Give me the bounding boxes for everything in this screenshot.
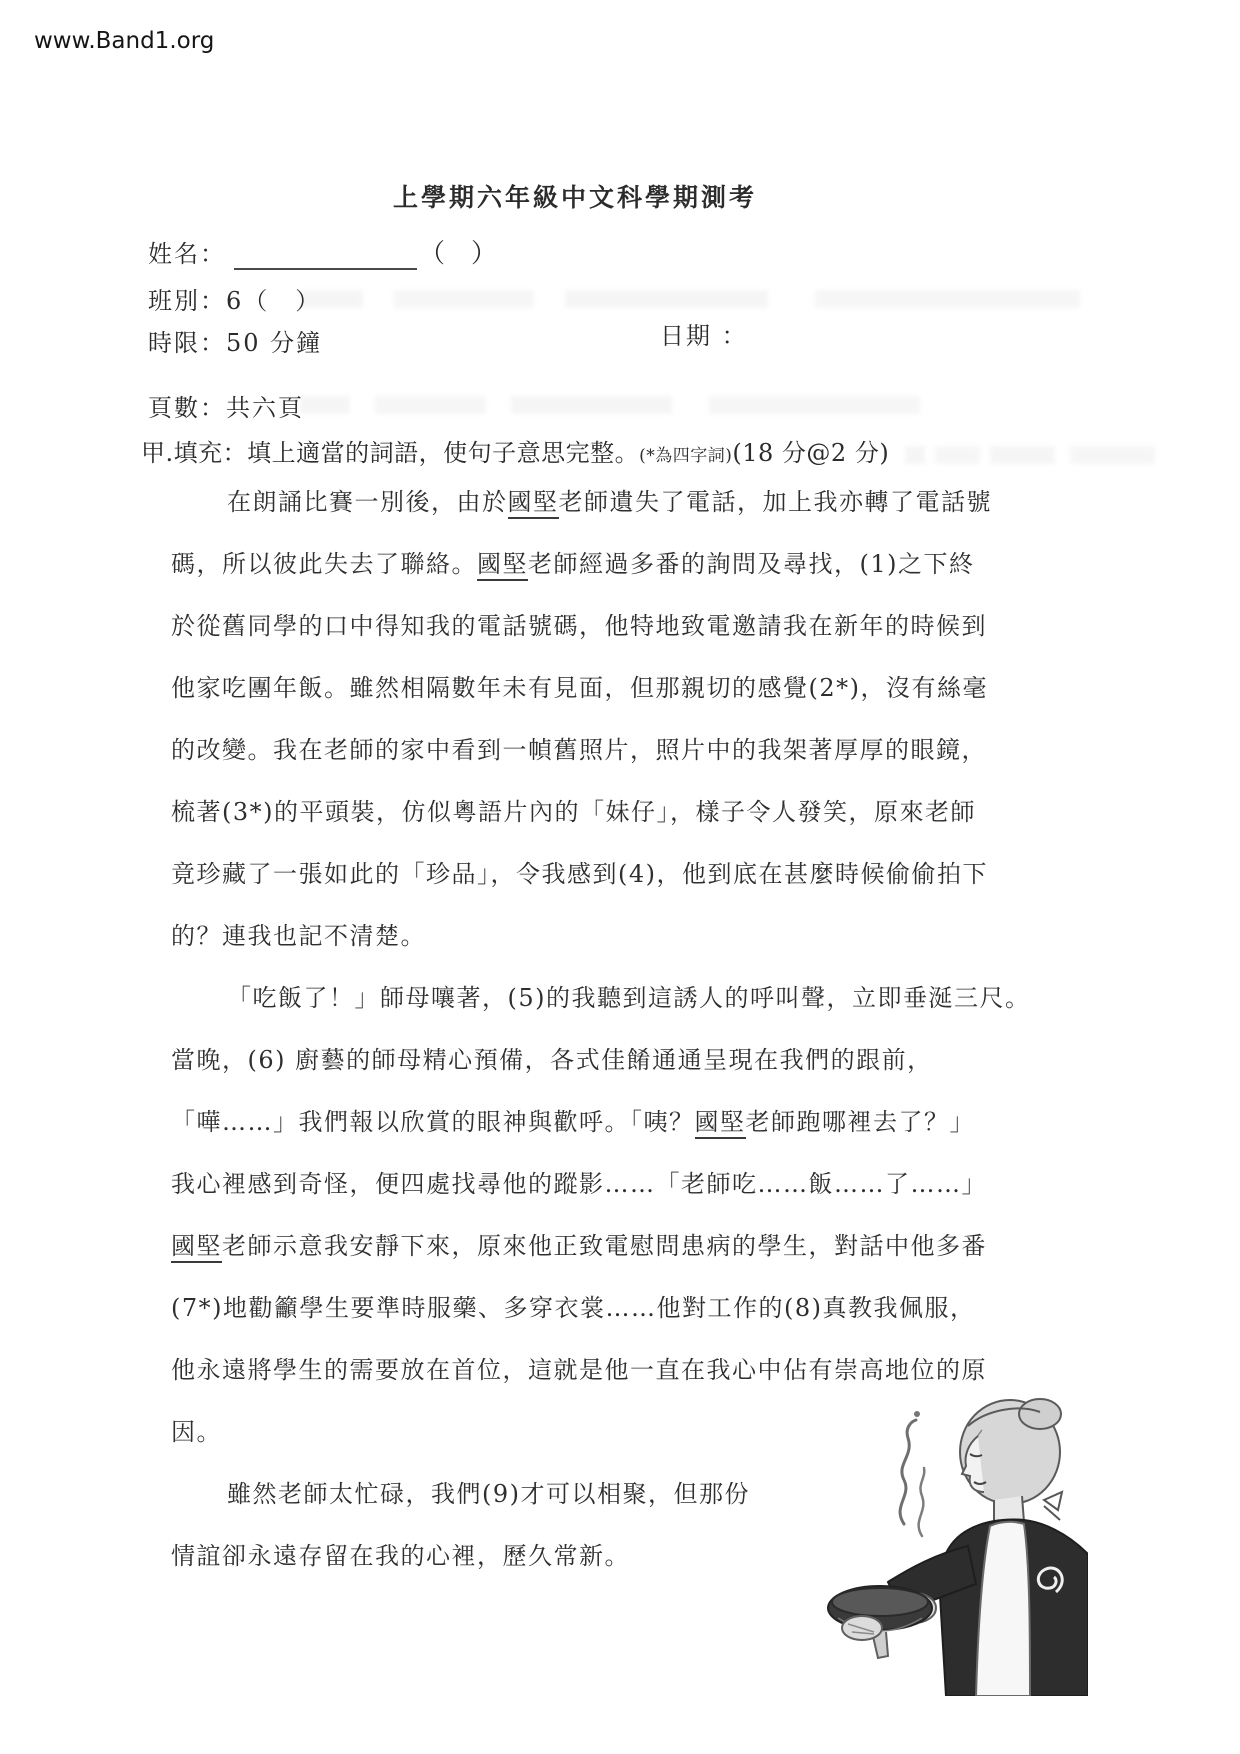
passage-line: 國堅老師示意我安靜下來，原來他正致電慰問患病的學生，對話中他多番 [171, 1226, 981, 1288]
text-segment: 碼，所以彼此失去了聯絡。 [171, 550, 477, 578]
passage-line: 的改變。我在老師的家中看到一幀舊照片，照片中的我架著厚厚的眼鏡， [171, 730, 981, 792]
watermark-url: www.Band1.org [34, 28, 214, 54]
text-segment: 老師示意我安靜下來，原來他正致電慰問患病的學生，對話中他多番 [222, 1232, 987, 1260]
passage-line: 竟珍藏了一張如此的「珍品」，令我感到(4)，他到底在甚麼時候偷偷拍下 [171, 854, 981, 916]
name-label: 姓名： [148, 240, 226, 268]
name-paren: （ ） [419, 239, 497, 269]
pages-field: 頁數：共六頁 [148, 388, 304, 423]
text-segment: 甲.填充：填上適當的詞語，使句子意思完整。 [141, 439, 639, 467]
scanned-exam-page: www.Band1.org 上學期六年級中文科學期測考 姓名：（ ） 班別：6（… [0, 0, 1240, 1754]
text-segment: 「嘩……」我們報以欣賞的眼神與歡呼。「咦？ [171, 1108, 695, 1136]
name-field: 姓名：（ ） [148, 233, 497, 270]
text-segment: 他家吃團年飯。雖然相隔數年未有見面，但那親切的感覺(2*)，沒有絲毫 [171, 674, 988, 702]
text-segment: 他永遠將學生的需要放在首位，這就是他一直在我心中佔有崇高地位的原 [171, 1356, 987, 1384]
scan-artifact [300, 396, 920, 414]
text-segment: 老師跑哪裡去了？」 [746, 1108, 976, 1136]
class-field: 班別：6（ ） [148, 281, 321, 316]
cook-illustration [818, 1396, 1088, 1696]
scan-artifact [300, 290, 1080, 308]
text-segment: 國堅 [508, 488, 559, 519]
passage-line: 的？連我也記不清楚。 [171, 916, 981, 978]
text-segment: 於從舊同學的口中得知我的電話號碼，他特地致電邀請我在新年的時候到 [171, 612, 987, 640]
text-segment: 老師經過多番的詢問及尋找，(1)之下終 [528, 550, 975, 578]
text-segment: 因。 [171, 1418, 222, 1446]
text-segment: 竟珍藏了一張如此的「珍品」，令我感到(4)，他到底在甚麼時候偷偷拍下 [171, 860, 988, 888]
page-title: 上學期六年級中文科學期測考 [393, 178, 757, 214]
passage-line: 我心裡感到奇怪，便四處找尋他的蹤影……「老師吃……飯……了……」 [171, 1164, 981, 1226]
passage-line: 他家吃團年飯。雖然相隔數年未有見面，但那親切的感覺(2*)，沒有絲毫 [171, 668, 981, 730]
passage-line: 碼，所以彼此失去了聯絡。國堅老師經過多番的詢問及尋找，(1)之下終 [171, 544, 981, 606]
passage-line: (7*)地勸籲學生要準時服藥、多穿衣裳……他對工作的(8)真教我佩服， [171, 1288, 981, 1350]
passage-line: 梳著(3*)的平頭裝，仿似粵語片內的「妹仔」，樣子令人發笑，原來老師 [171, 792, 981, 854]
text-segment: 國堅 [695, 1108, 746, 1139]
text-segment: (18 分@2 分) [732, 439, 889, 467]
passage-line: 「吃飯了！」師母嚷著，(5)的我聽到這誘人的呼叫聲，立即垂涎三尺。 [171, 978, 981, 1040]
text-segment: 情誼卻永遠存留在我的心裡，歷久常新。 [171, 1542, 630, 1570]
text-segment: 在朗誦比賽一別後，由於 [227, 488, 508, 516]
text-segment: 國堅 [477, 550, 528, 581]
text-segment: (7*)地勸籲學生要準時服藥、多穿衣裳……他對工作的(8)真教我佩服， [171, 1294, 976, 1322]
passage-line: 在朗誦比賽一別後，由於國堅老師遺失了電話，加上我亦轉了電話號 [171, 482, 981, 544]
scan-artifact [905, 446, 1155, 464]
section-a-heading: 甲.填充：填上適當的詞語，使句子意思完整。(*為四字詞)(18 分@2 分) [141, 433, 889, 468]
text-segment: 我心裡感到奇怪，便四處找尋他的蹤影……「老師吃……飯……了……」 [171, 1170, 987, 1198]
text-segment: 梳著(3*)的平頭裝，仿似粵語片內的「妹仔」，樣子令人發笑，原來老師 [171, 798, 976, 826]
date-field: 日期 ： [660, 316, 748, 351]
time-limit-field: 時限：50 分鐘 [148, 323, 322, 358]
passage-line: 「嘩……」我們報以欣賞的眼神與歡呼。「咦？國堅老師跑哪裡去了？」 [171, 1102, 981, 1164]
text-segment: 老師遺失了電話，加上我亦轉了電話號 [559, 488, 993, 516]
woman-holding-steaming-bowl-drawing [818, 1396, 1088, 1696]
text-segment: (*為四字詞) [639, 446, 732, 466]
passage-line: 於從舊同學的口中得知我的電話號碼，他特地致電邀請我在新年的時候到 [171, 606, 981, 668]
text-segment: 的？連我也記不清楚。 [171, 922, 426, 950]
text-segment: 國堅 [171, 1232, 222, 1263]
text-segment: 的改變。我在老師的家中看到一幀舊照片，照片中的我架著厚厚的眼鏡， [171, 736, 987, 764]
text-segment: 「吃飯了！」師母嚷著，(5)的我聽到這誘人的呼叫聲，立即垂涎三尺。 [227, 984, 1031, 1012]
name-blank-line [234, 242, 417, 270]
text-segment: 當晚，(6) 廚藝的師母精心預備，各式佳餚通通呈現在我們的跟前， [171, 1046, 933, 1074]
passage-line: 當晚，(6) 廚藝的師母精心預備，各式佳餚通通呈現在我們的跟前， [171, 1040, 981, 1102]
text-segment: 雖然老師太忙碌，我們(9)才可以相聚，但那份 [227, 1480, 750, 1508]
